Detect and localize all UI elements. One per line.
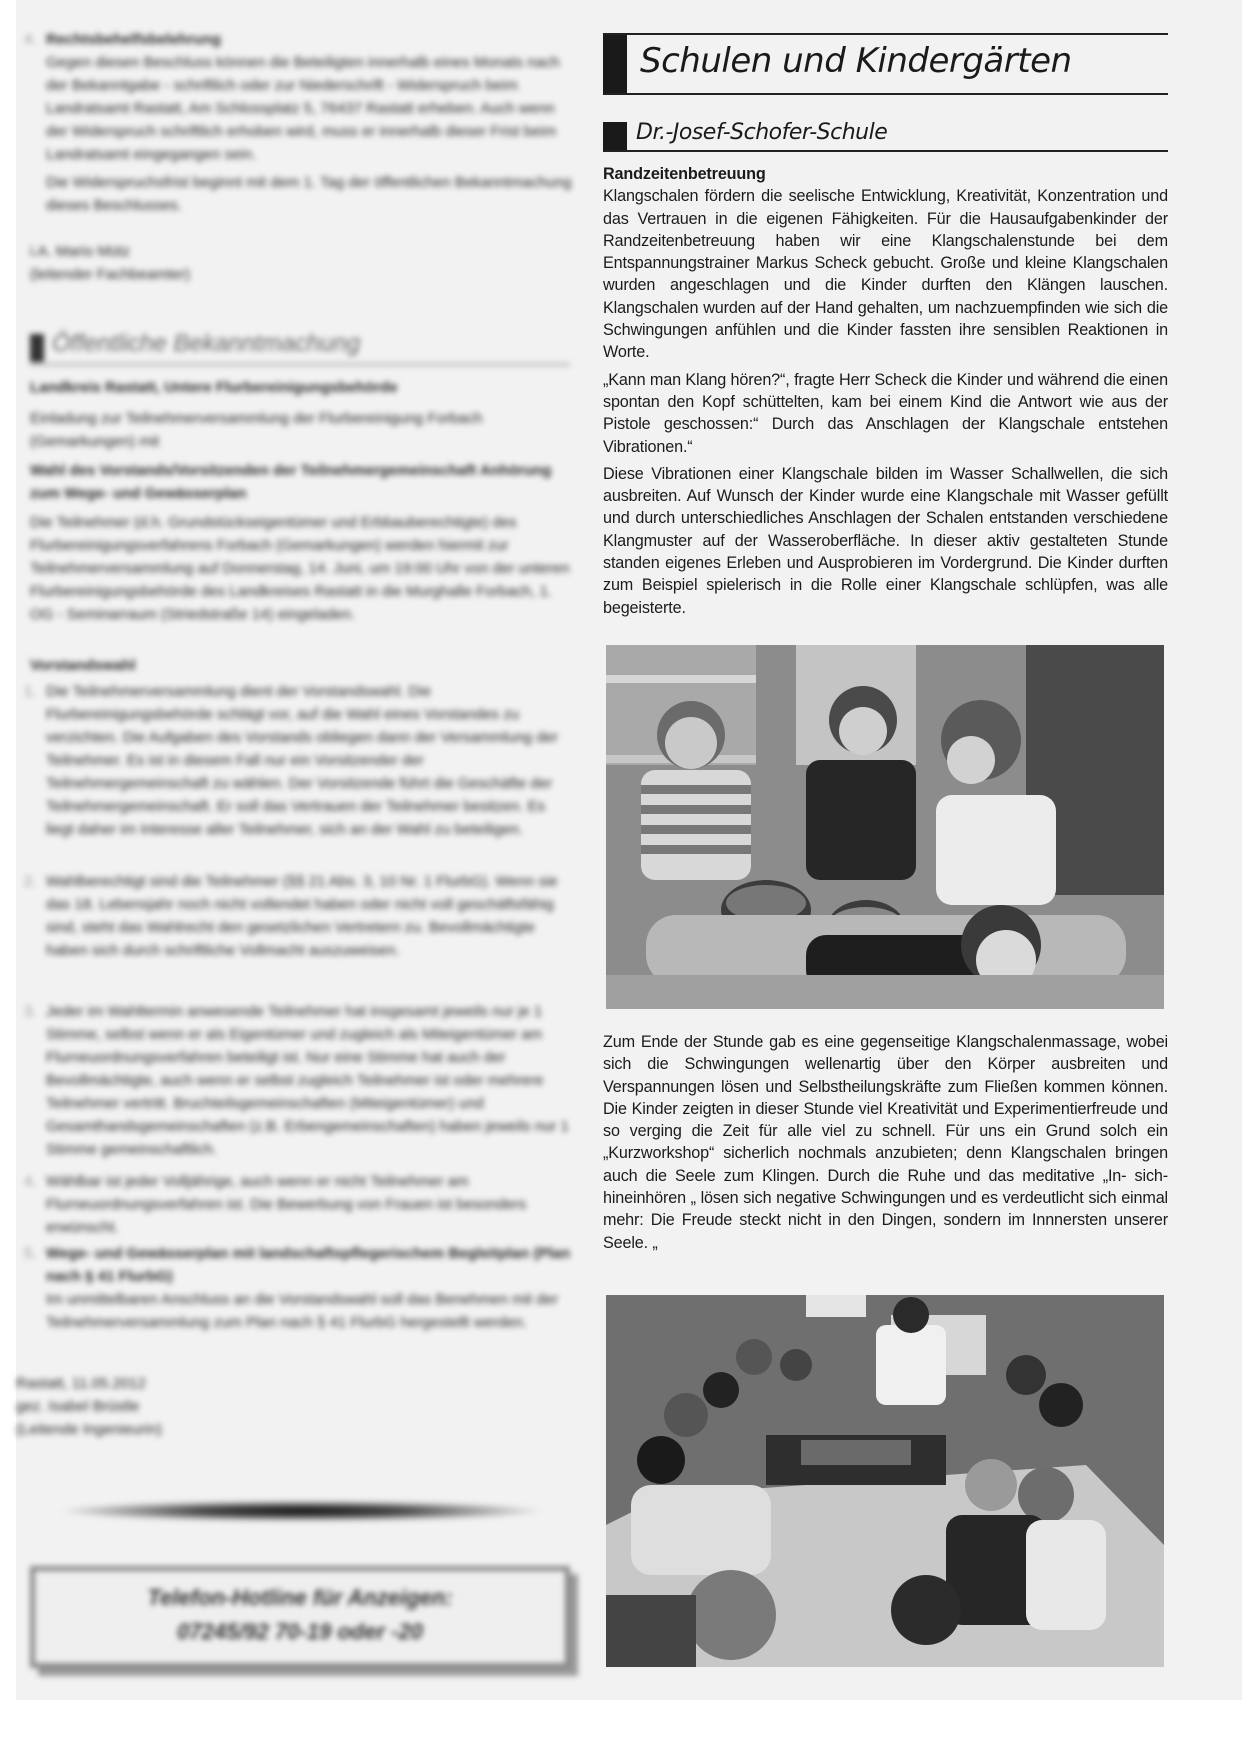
- decorative-divider: [56, 1500, 546, 1522]
- item-text: Die Teilnehmerversammlung dient der Vors…: [46, 680, 576, 841]
- item-text: Wahlberechtigt sind die Teilnehmer (§§ 2…: [46, 870, 576, 962]
- paragraph: Gegen diesen Beschluss können die Beteil…: [46, 51, 576, 166]
- notice-body: Die Teilnehmer (d.h. Grundstückseigentüm…: [30, 511, 576, 626]
- election-item: 2. Wahlberechtigt sind die Teilnehmer (§…: [46, 870, 576, 962]
- signer-role: (Leitende Ingenieurin): [16, 1418, 546, 1441]
- right-column: Schulen und Kindergärten Dr.-Josef-Schof…: [603, 0, 1171, 1700]
- authority: Landkreis Rastatt, Untere Flurbereinigun…: [30, 376, 576, 399]
- article-paragraph: Klangschalen fördern die seelische Entwi…: [603, 185, 1168, 363]
- signature-name: i.A. Mario Mütz: [30, 240, 560, 263]
- item-text: Jeder im Wahltermin anwesende Teilnehmer…: [46, 1000, 576, 1161]
- article-kicker: Randzeitenbetreuung: [603, 163, 1168, 185]
- item-text: Wählbar ist jeder Volljährige, auch wenn…: [46, 1170, 576, 1239]
- photo-image: [606, 645, 1164, 1009]
- election-item: 4. Wählbar ist jeder Volljährige, auch w…: [46, 1170, 576, 1239]
- place-date: Rastatt, 11.05.2012: [16, 1372, 546, 1395]
- item-number: 3.: [24, 1000, 37, 1023]
- item-number: 1.: [24, 680, 37, 703]
- board-election-section: Vorstandswahl: [30, 654, 576, 677]
- article-body: Randzeitenbetreuung Klangschalen fördern…: [603, 163, 1168, 624]
- election-item: 1. Die Teilnehmerversammlung dient der V…: [46, 680, 576, 841]
- item-number: 5.: [24, 1242, 37, 1265]
- section-heading: Vorstandswahl: [30, 654, 576, 677]
- item-text: Im unmittelbaren Anschluss an die Vorsta…: [46, 1288, 576, 1334]
- section-heading: Rechtsbehelfsbelehrung: [46, 28, 576, 51]
- school-header: Dr.-Josef-Schofer-Schule: [603, 118, 1168, 152]
- public-notice-heading: Öffentliche Bekanntmachung: [30, 330, 570, 366]
- heading-bar: [30, 334, 44, 362]
- article-paragraph: Diese Vibrationen einer Klangschale bild…: [603, 463, 1168, 619]
- item-number: 2.: [24, 870, 37, 893]
- photo-group-circle: [606, 1295, 1164, 1667]
- left-column-blurred: 4. Rechtsbehelfsbelehrung Gegen diesen B…: [16, 0, 576, 1700]
- election-item: 3. Jeder im Wahltermin anwesende Teilneh…: [46, 1000, 576, 1161]
- signature: i.A. Mario Mütz (leitender Fachbeamter): [30, 240, 560, 286]
- article-body-continued: Zum Ende der Stunde gab es eine gegensei…: [603, 1031, 1168, 1259]
- section-header: Schulen und Kindergärten: [603, 33, 1168, 95]
- heading-text: Öffentliche Bekanntmachung: [52, 330, 360, 358]
- photo-children-singing-bowls: [606, 645, 1164, 1009]
- hotline-label: Telefon-Hotline für Anzeigen:: [35, 1585, 565, 1611]
- signed-by: gez. Isabel Brüstle: [16, 1395, 546, 1418]
- item-number: 4.: [24, 28, 37, 51]
- header-bar: [603, 122, 627, 150]
- item-heading: Wege- und Gewässerplan mit landschaftspf…: [46, 1242, 576, 1288]
- paragraph: Die Widerspruchsfrist beginnt mit dem 1.…: [46, 171, 576, 217]
- election-item: 5. Wege- und Gewässerplan mit landschaft…: [46, 1242, 576, 1334]
- header-bar: [603, 35, 627, 93]
- photo-image: [606, 1295, 1164, 1667]
- section-title: Schulen und Kindergärten: [640, 41, 1072, 81]
- signature-role: (leitender Fachbeamter): [30, 263, 560, 286]
- article-paragraph: Zum Ende der Stunde gab es eine gegensei…: [603, 1031, 1168, 1254]
- invitation: Einladung zur Teilnehmerversammlung der …: [30, 407, 576, 453]
- hotline-number: 07245/92 70-19 oder -20: [35, 1619, 565, 1645]
- public-notice-body: Landkreis Rastatt, Untere Flurbereinigun…: [30, 376, 576, 626]
- agenda-title: Wahl des Vorstands/Vorsitzenden der Teil…: [30, 459, 576, 505]
- ad-hotline-box: Telefon-Hotline für Anzeigen: 07245/92 7…: [30, 1566, 570, 1668]
- legal-remedy-section: 4. Rechtsbehelfsbelehrung Gegen diesen B…: [46, 28, 576, 217]
- school-title: Dr.-Josef-Schofer-Schule: [636, 120, 887, 145]
- article-paragraph: „Kann man Klang hören?“, fragte Herr Sch…: [603, 369, 1168, 458]
- item-number: 4.: [24, 1170, 37, 1193]
- closing-signature: Rastatt, 11.05.2012 gez. Isabel Brüstle …: [16, 1372, 546, 1441]
